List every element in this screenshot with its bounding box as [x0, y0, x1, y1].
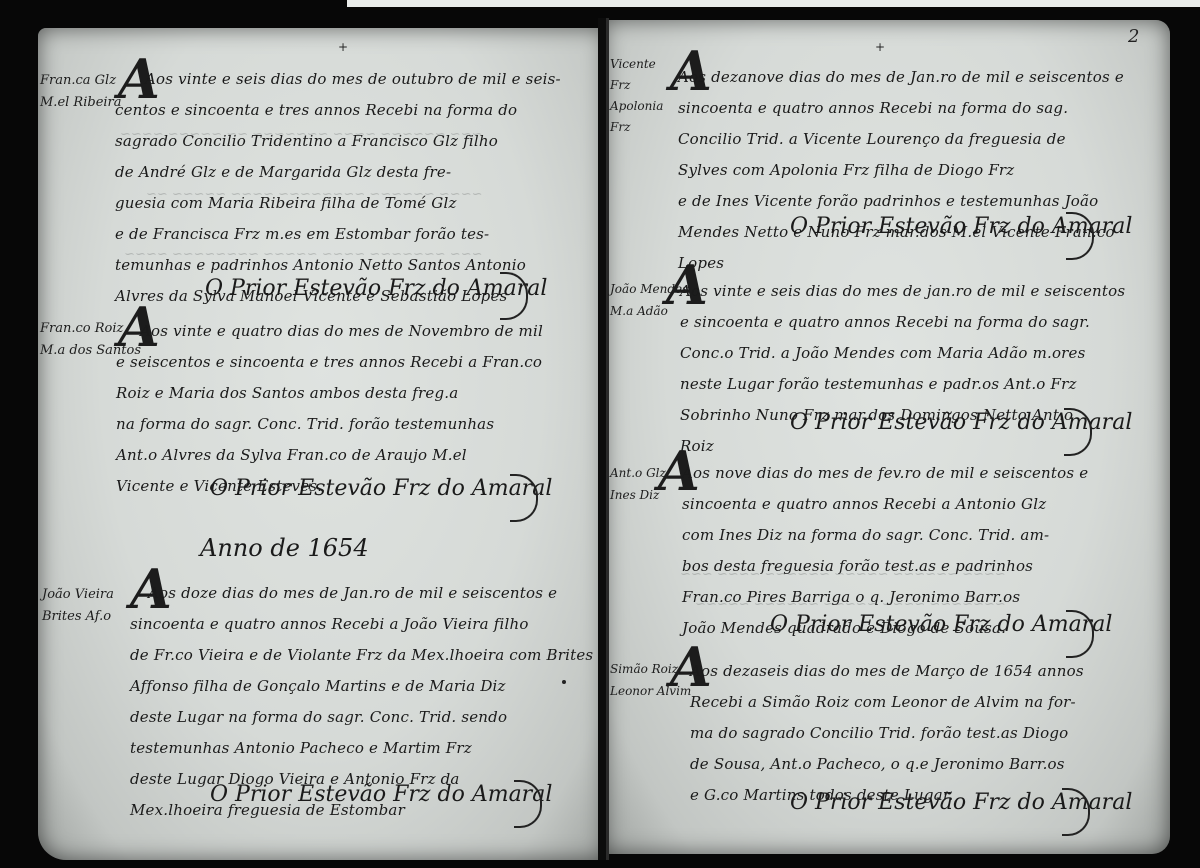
text-line: neste Lugar forão testemunhas e padr.os … — [680, 369, 1125, 400]
text-line: e sincoenta e quatro annos Recebi na for… — [680, 307, 1125, 338]
text-line: sincoenta e quatro annos Recebi na forma… — [678, 93, 1124, 124]
text-line: Aos doze dias do mes de Jan.ro de mil e … — [148, 578, 593, 609]
entry-text: Aos vinte e quatro dias do mes de Novemb… — [140, 316, 543, 502]
text-line: Concilio Trid. a Vicente Lourenço da fre… — [678, 124, 1124, 155]
book-gutter — [598, 18, 606, 860]
text-line: sincoenta e quatro annos Recebi a João V… — [130, 609, 593, 640]
text-line: Aos vinte e seis dias do mes de outubro … — [145, 64, 561, 95]
text-line: centos e sincoenta e tres annos Recebi n… — [115, 95, 561, 126]
page-mark: + — [338, 40, 348, 54]
ink-blot — [562, 680, 566, 684]
text-line: Fran.co Pires Barriga o q. Jeronimo Barr… — [682, 582, 1088, 613]
text-line: Sylves com Apolonia Frz filha de Diogo F… — [678, 155, 1124, 186]
text-line: Aos nove dias do mes de fev.ro de mil e … — [682, 458, 1088, 489]
text-line: e seiscentos e sincoenta e tres annos Re… — [116, 347, 543, 378]
margin-names: João Vieira Brites Af.o — [42, 584, 114, 628]
priest-signature: O Prior Estevão Frz do Amaral — [210, 476, 552, 501]
text-line: Aos dezanove dias do mes de Jan.ro de mi… — [678, 62, 1124, 93]
text-line: Lopes — [678, 248, 1124, 279]
page-mark: + — [875, 40, 885, 54]
margin-name: Brites Af.o — [42, 606, 114, 628]
year-heading: Anno de 1654 — [200, 534, 369, 562]
priest-signature: O Prior Estevão Frz do Amaral — [205, 276, 547, 301]
text-line: na forma do sagr. Conc. Trid. forão test… — [116, 409, 543, 440]
text-line: Conc.o Trid. a João Mendes com Maria Adã… — [680, 338, 1125, 369]
priest-signature: O Prior Estevão Frz do Amaral — [210, 782, 552, 807]
text-line: com Ines Diz na forma do sagr. Conc. Tri… — [682, 520, 1088, 551]
text-line: e de Francisca Frz m.es em Estombar forã… — [115, 219, 561, 250]
text-line: Aos dezaseis dias do mes de Março de 165… — [690, 656, 1084, 687]
margin-name: Apolonia — [610, 96, 663, 117]
text-line: Aos vinte e seis dias do mes de jan.ro d… — [680, 276, 1125, 307]
text-line: Affonso filha de Gonçalo Martins e de Ma… — [130, 671, 593, 702]
folio-number: 2 — [1128, 26, 1139, 47]
text-line: sagrado Concilio Tridentino a Francisco … — [115, 126, 561, 157]
text-line: de Fr.co Vieira e de Violante Frz da Mex… — [130, 640, 593, 671]
margin-name: João Vieira — [42, 584, 114, 606]
text-line: guesia com Maria Ribeira filha de Tomé G… — [115, 188, 561, 219]
margin-name: Fran.ca Glz — [40, 70, 122, 92]
margin-names: Vicente Frz Apolonia Frz — [610, 54, 663, 138]
text-line: deste Lugar na forma do sagr. Conc. Trid… — [130, 702, 593, 733]
priest-signature: O Prior Estevão Frz do Amaral — [770, 612, 1112, 637]
margin-name: Frz — [610, 117, 663, 138]
entry-text: Aos vinte e seis dias do mes de outubro … — [145, 64, 561, 312]
gutter-edge — [606, 18, 609, 860]
text-line: Recebi a Simão Roiz com Leonor de Alvim … — [690, 687, 1084, 718]
text-line: ma do sagrado Concilio Trid. forão test.… — [690, 718, 1084, 749]
margin-names: Fran.ca Glz M.el Ribeira — [40, 70, 122, 114]
margin-name: Frz — [610, 75, 663, 96]
text-line: Aos vinte e quatro dias do mes de Novemb… — [140, 316, 543, 347]
entry-text: Aos dezanove dias do mes de Jan.ro de mi… — [678, 62, 1124, 279]
text-line: Ant.o Alvres da Sylva Fran.co de Araujo … — [116, 440, 543, 471]
text-line: Roiz e Maria dos Santos ambos desta freg… — [116, 378, 543, 409]
margin-name: Vicente — [610, 54, 663, 75]
entry-text: Aos dezaseis dias do mes de Março de 165… — [690, 656, 1084, 811]
text-line: bos desta freguesia forão test.as e padr… — [682, 551, 1088, 582]
text-line: e de Ines Vicente forão padrinhos e test… — [678, 186, 1124, 217]
text-line: sincoenta e quatro annos Recebi a Antoni… — [682, 489, 1088, 520]
margin-name: M.el Ribeira — [40, 92, 122, 114]
text-line: testemunhas Antonio Pacheco e Martim Frz — [130, 733, 593, 764]
text-line: de Sousa, Ant.o Pacheco, o q.e Jeronimo … — [690, 749, 1084, 780]
text-line: de André Glz e de Margarida Glz desta fr… — [115, 157, 561, 188]
top-white-strip — [347, 0, 1200, 7]
